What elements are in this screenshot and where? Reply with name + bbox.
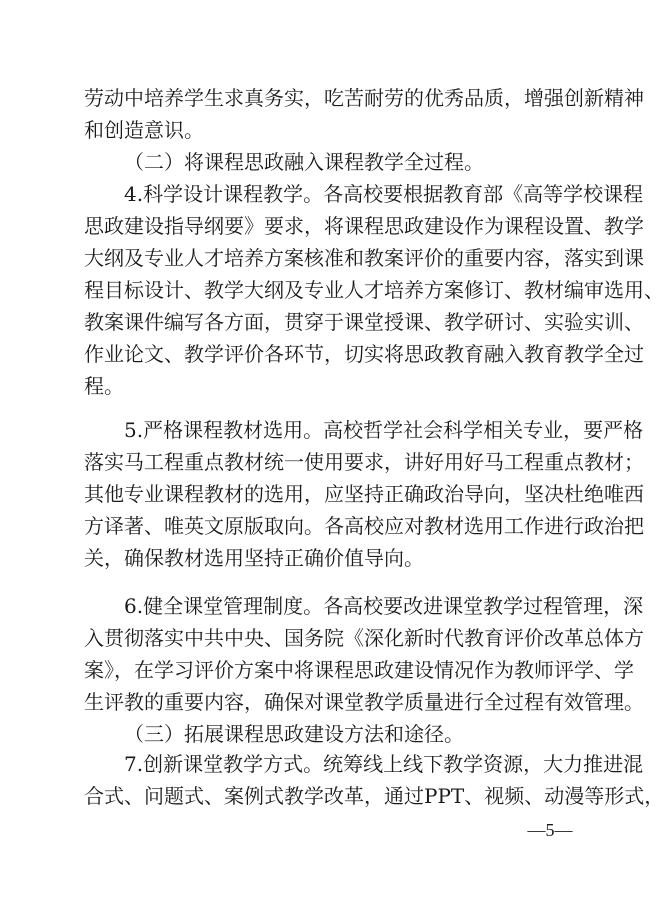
body-text-line: 教案课件编写各方面，贯穿于课堂授课、教学研讨、实验实训、 (84, 306, 592, 338)
body-text-line: 入贯彻落实中共中央、国务院《深化新时代教育评价改革总体方 (84, 622, 592, 654)
body-text-line: 和创造意识。 (84, 114, 592, 146)
body-text-line: 方译著、唯英文原版取向。各高校应对教材选用工作进行政治把 (84, 510, 592, 542)
body-text-line: 大纲及专业人才培养方案核准和教案评价的重要内容，落实到课 (84, 242, 592, 274)
paragraph-6-start: 6.健全课堂管理制度。各高校要改进课堂教学过程管理，深 (124, 590, 592, 622)
paragraph-4-start: 4.科学设计课程教学。各高校要根据教育部《高等学校课程 (124, 178, 592, 210)
body-text-line: 案》，在学习评价方案中将课程思政建设情况作为教师评学、学 (84, 654, 592, 686)
paragraph-5-start: 5.严格课程教材选用。高校哲学社会科学相关专业，要严格 (124, 414, 592, 446)
paragraph-7-start: 7.创新课堂教学方式。统筹线上线下教学资源，大力推进混 (124, 748, 592, 780)
body-text-line: 关，确保教材选用坚持正确价值导向。 (84, 542, 592, 574)
body-text-line: 作业论文、教学评价各环节，切实将思政教育融入教育教学全过 (84, 338, 592, 370)
section-heading-3: （三）拓展课程思政建设方法和途径。 (124, 718, 592, 750)
body-text-line: 其他专业课程教材的选用，应坚持正确政治导向，坚决杜绝唯西 (84, 478, 592, 510)
section-heading-2: （二）将课程思政融入课程教学全过程。 (124, 146, 592, 178)
document-page: 劳动中培养学生求真务实，吃苦耐劳的优秀品质，增强创新精神 和创造意识。 （二）将… (0, 0, 670, 916)
body-text-line: 劳动中培养学生求真务实，吃苦耐劳的优秀品质，增强创新精神 (84, 82, 592, 114)
body-text-line: 程目标设计、教学大纲及专业人才培养方案修订、教材编审选用、 (84, 274, 592, 306)
body-text-line: 合式、问题式、案例式教学改革，通过PPT、视频、动漫等形式， (84, 780, 592, 812)
body-text-line: 生评教的重要内容，确保对课堂教学质量进行全过程有效管理。 (84, 686, 592, 718)
body-text-line: 程。 (84, 370, 592, 402)
body-text-line: 思政建设指导纲要》要求，将课程思政建设作为课程设置、教学 (84, 210, 592, 242)
body-text-line: 落实马工程重点教材统一使用要求，讲好用好马工程重点教材； (84, 446, 592, 478)
page-number: —5— (520, 815, 580, 845)
